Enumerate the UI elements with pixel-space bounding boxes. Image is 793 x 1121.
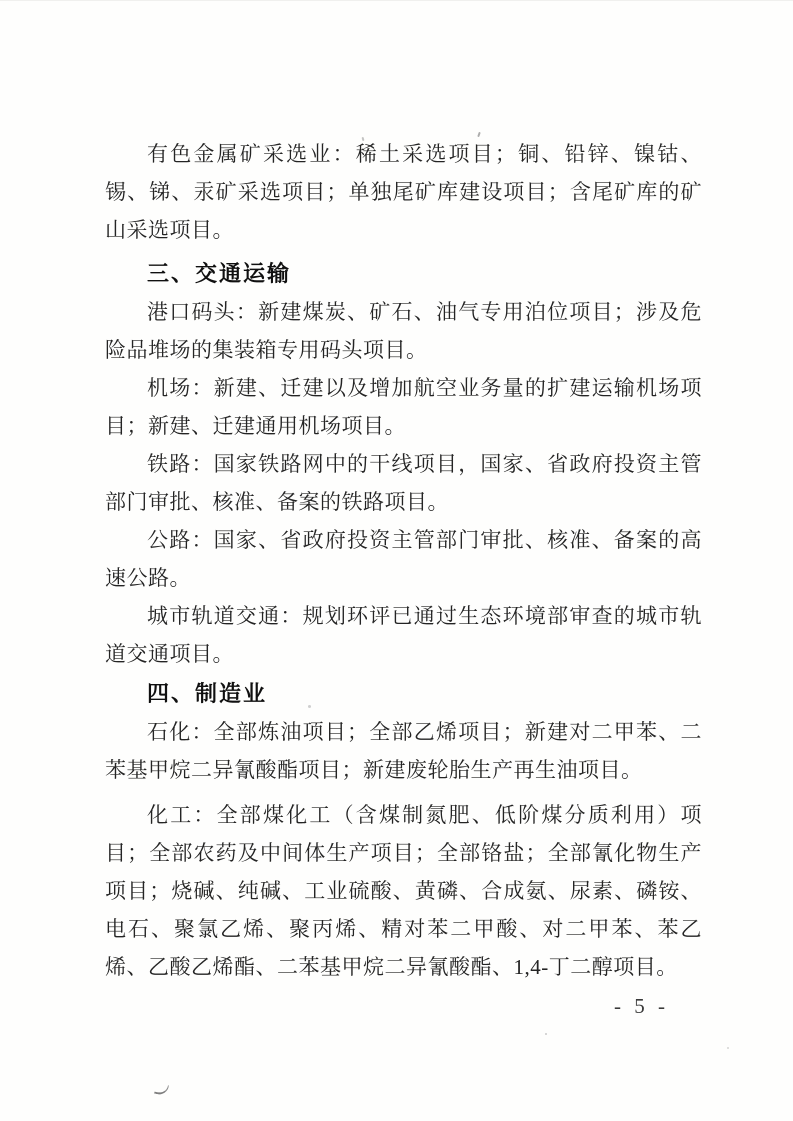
scanned-document-page: 有色金属矿采选业：稀土采选项目；铜、铅锌、镍钴、锡、锑、汞矿采选项目；单独尾矿库… [0,0,793,1121]
page-number: - 5 - [614,994,669,1019]
scan-speck [154,1083,169,1096]
scan-speck [545,1033,547,1035]
scan-speck [308,705,311,708]
heading-section-3-transport: 三、交通运输 [105,255,702,293]
para-urban-rail-transit: 城市轨道交通：规划环评已通过生态环境部审查的城市轨道交通项目。 [105,597,702,673]
para-nonferrous-mining: 有色金属矿采选业：稀土采选项目；铜、铅锌、镍钴、锡、锑、汞矿采选项目；单独尾矿库… [105,135,702,249]
document-body: 有色金属矿采选业：稀土采选项目；铜、铅锌、镍钴、锡、锑、汞矿采选项目；单独尾矿库… [105,135,702,986]
para-chemical-industry: 化工：全部煤化工（含煤制氮肥、低阶煤分质利用）项目；全部农药及中间体生产项目；全… [105,796,702,986]
heading-section-4-manufacturing: 四、制造业 [105,675,702,713]
para-airports: 机场：新建、迁建以及增加航空业务量的扩建运输机场项目；新建、迁建通用机场项目。 [105,369,702,445]
para-highways: 公路：国家、省政府投资主管部门审批、核准、备案的高速公路。 [105,521,702,597]
para-petrochemical: 石化：全部炼油项目；全部乙烯项目；新建对二甲苯、二苯基甲烷二异氰酸酯项目；新建废… [105,713,702,789]
scan-speck [727,1047,729,1049]
para-railways: 铁路：国家铁路网中的干线项目，国家、省政府投资主管部门审批、核准、备案的铁路项目… [105,445,702,521]
para-ports-wharves: 港口码头：新建煤炭、矿石、油气专用泊位项目；涉及危险品堆场的集装箱专用码头项目。 [105,293,702,369]
